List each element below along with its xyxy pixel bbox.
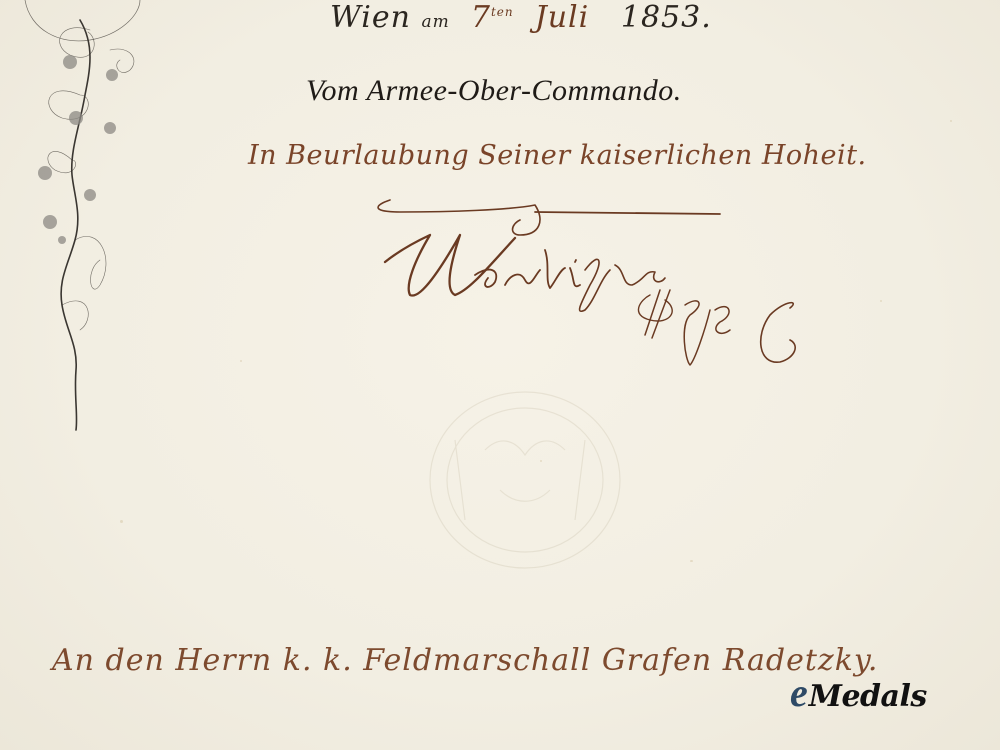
issuer-heading: Vom Armee-Ober-Commando. [306, 74, 682, 108]
date-day: 7 [471, 0, 491, 35]
date-preposition: am [422, 12, 450, 32]
watermark-brand: Medals [809, 682, 927, 712]
date-day-suffix: ten [491, 5, 514, 19]
watermark-prefix: e [790, 673, 808, 713]
paper-speck [880, 300, 882, 302]
embossed-seal [415, 380, 635, 580]
date-year: 1853 [621, 0, 701, 35]
addressee-line: An den Herrn k. k. Feldmarschall Grafen … [52, 643, 878, 678]
emedals-watermark-logo: e Medals [790, 673, 927, 713]
date-month: Juli [535, 0, 590, 35]
paper-speck [120, 520, 123, 523]
document-page: Wien am 7ten Juli 1853. Vom Armee-Ober-C… [0, 0, 1000, 750]
date-line: Wien am 7ten Juli 1853. [330, 0, 712, 35]
paper-speck [690, 560, 693, 562]
place-name: Wien [330, 0, 411, 35]
paper-speck [950, 120, 952, 122]
paper-speck [240, 360, 242, 362]
calligraphic-flourish-ornament [0, 0, 160, 440]
date-period: . [701, 0, 712, 35]
deputy-clause: In Beurlaubung Seiner kaiserlichen Hohei… [248, 140, 867, 171]
